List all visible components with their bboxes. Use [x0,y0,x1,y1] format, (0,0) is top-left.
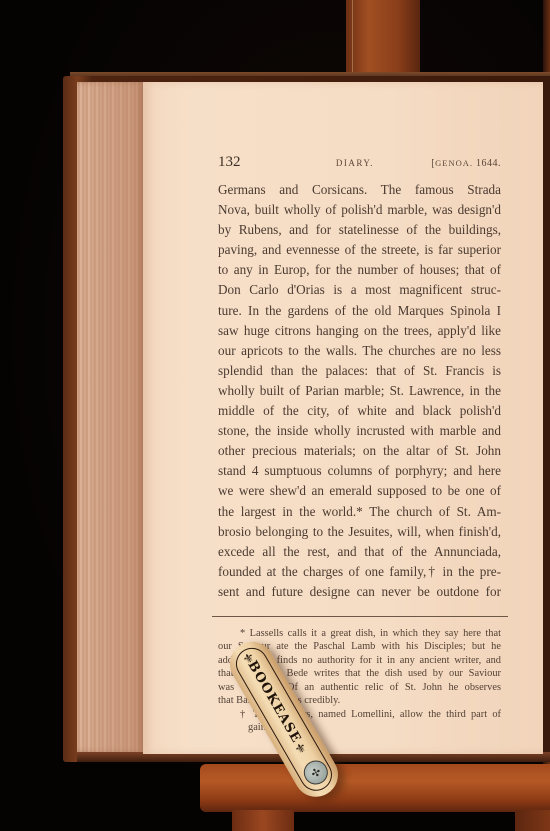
text-line: splendid than the palaces: that of St. F… [218,361,501,381]
page-number: 132 [218,154,241,171]
footnote-rule [212,616,508,617]
text-line: stone, the inside wholly incrusted with … [218,421,501,441]
text-line: ture. In the gardens of the old Marques … [218,301,501,321]
page-stack-edges [77,82,143,752]
running-head: 132 DIARY. [GENOA. 1644. [218,154,501,174]
bookstand-leg [232,810,294,831]
text-line: by Rubens, and for statelinesse of the b… [218,220,501,240]
text-line: middle of the city, of white and black p… [218,401,501,421]
text-line: we were shew'd an emerald supposed to be… [218,481,501,501]
text-line: founded at the charges of one family,† i… [218,562,501,582]
text-line: Germans and Corsicans. The famous Strada [218,180,501,200]
text-line: other precious materials; on the altar o… [218,441,501,461]
bookstand-leg [515,810,550,831]
running-title: DIARY. [336,158,374,168]
text-line: paving, and evennesse of the streete, is… [218,240,501,260]
body-text: Germans and Corsicans. The famous Strada… [218,180,501,602]
text-line: Nova, built wholly of polish'd marble, w… [218,200,501,220]
text-line: excede all the rest, and that of the Ann… [218,542,501,562]
place-name: GENOA. [435,158,473,168]
bookstand-back-post [346,0,420,80]
text-line: sent and future designe can never be out… [218,582,501,602]
text-line: wholly built of Parian marble; St. Lawre… [218,381,501,401]
place-year: 1644. [476,158,501,169]
bookstand-shelf [200,764,550,812]
text-line: saw huge citrons hanging on the trees, a… [218,321,501,341]
text-line: the largest in the world.* The church of… [218,502,501,522]
text-line: stand 4 sumptuous columns of porphyry; a… [218,461,501,481]
book-page: 132 DIARY. [GENOA. 1644. Germans and Cor… [143,82,543,754]
running-place: [GENOA. 1644. [431,158,501,169]
footnote-line: * Lassells calls it a great dish, in whi… [218,627,501,641]
text-line: to any in Europ, for the number of house… [218,260,501,280]
text-line: brosio belonging to the Jesuites, will, … [218,522,501,542]
text-line: our apricots to the walls. The churches … [218,341,501,361]
text-line: Don Carlo d'Orias is a most magnificent … [218,280,501,300]
